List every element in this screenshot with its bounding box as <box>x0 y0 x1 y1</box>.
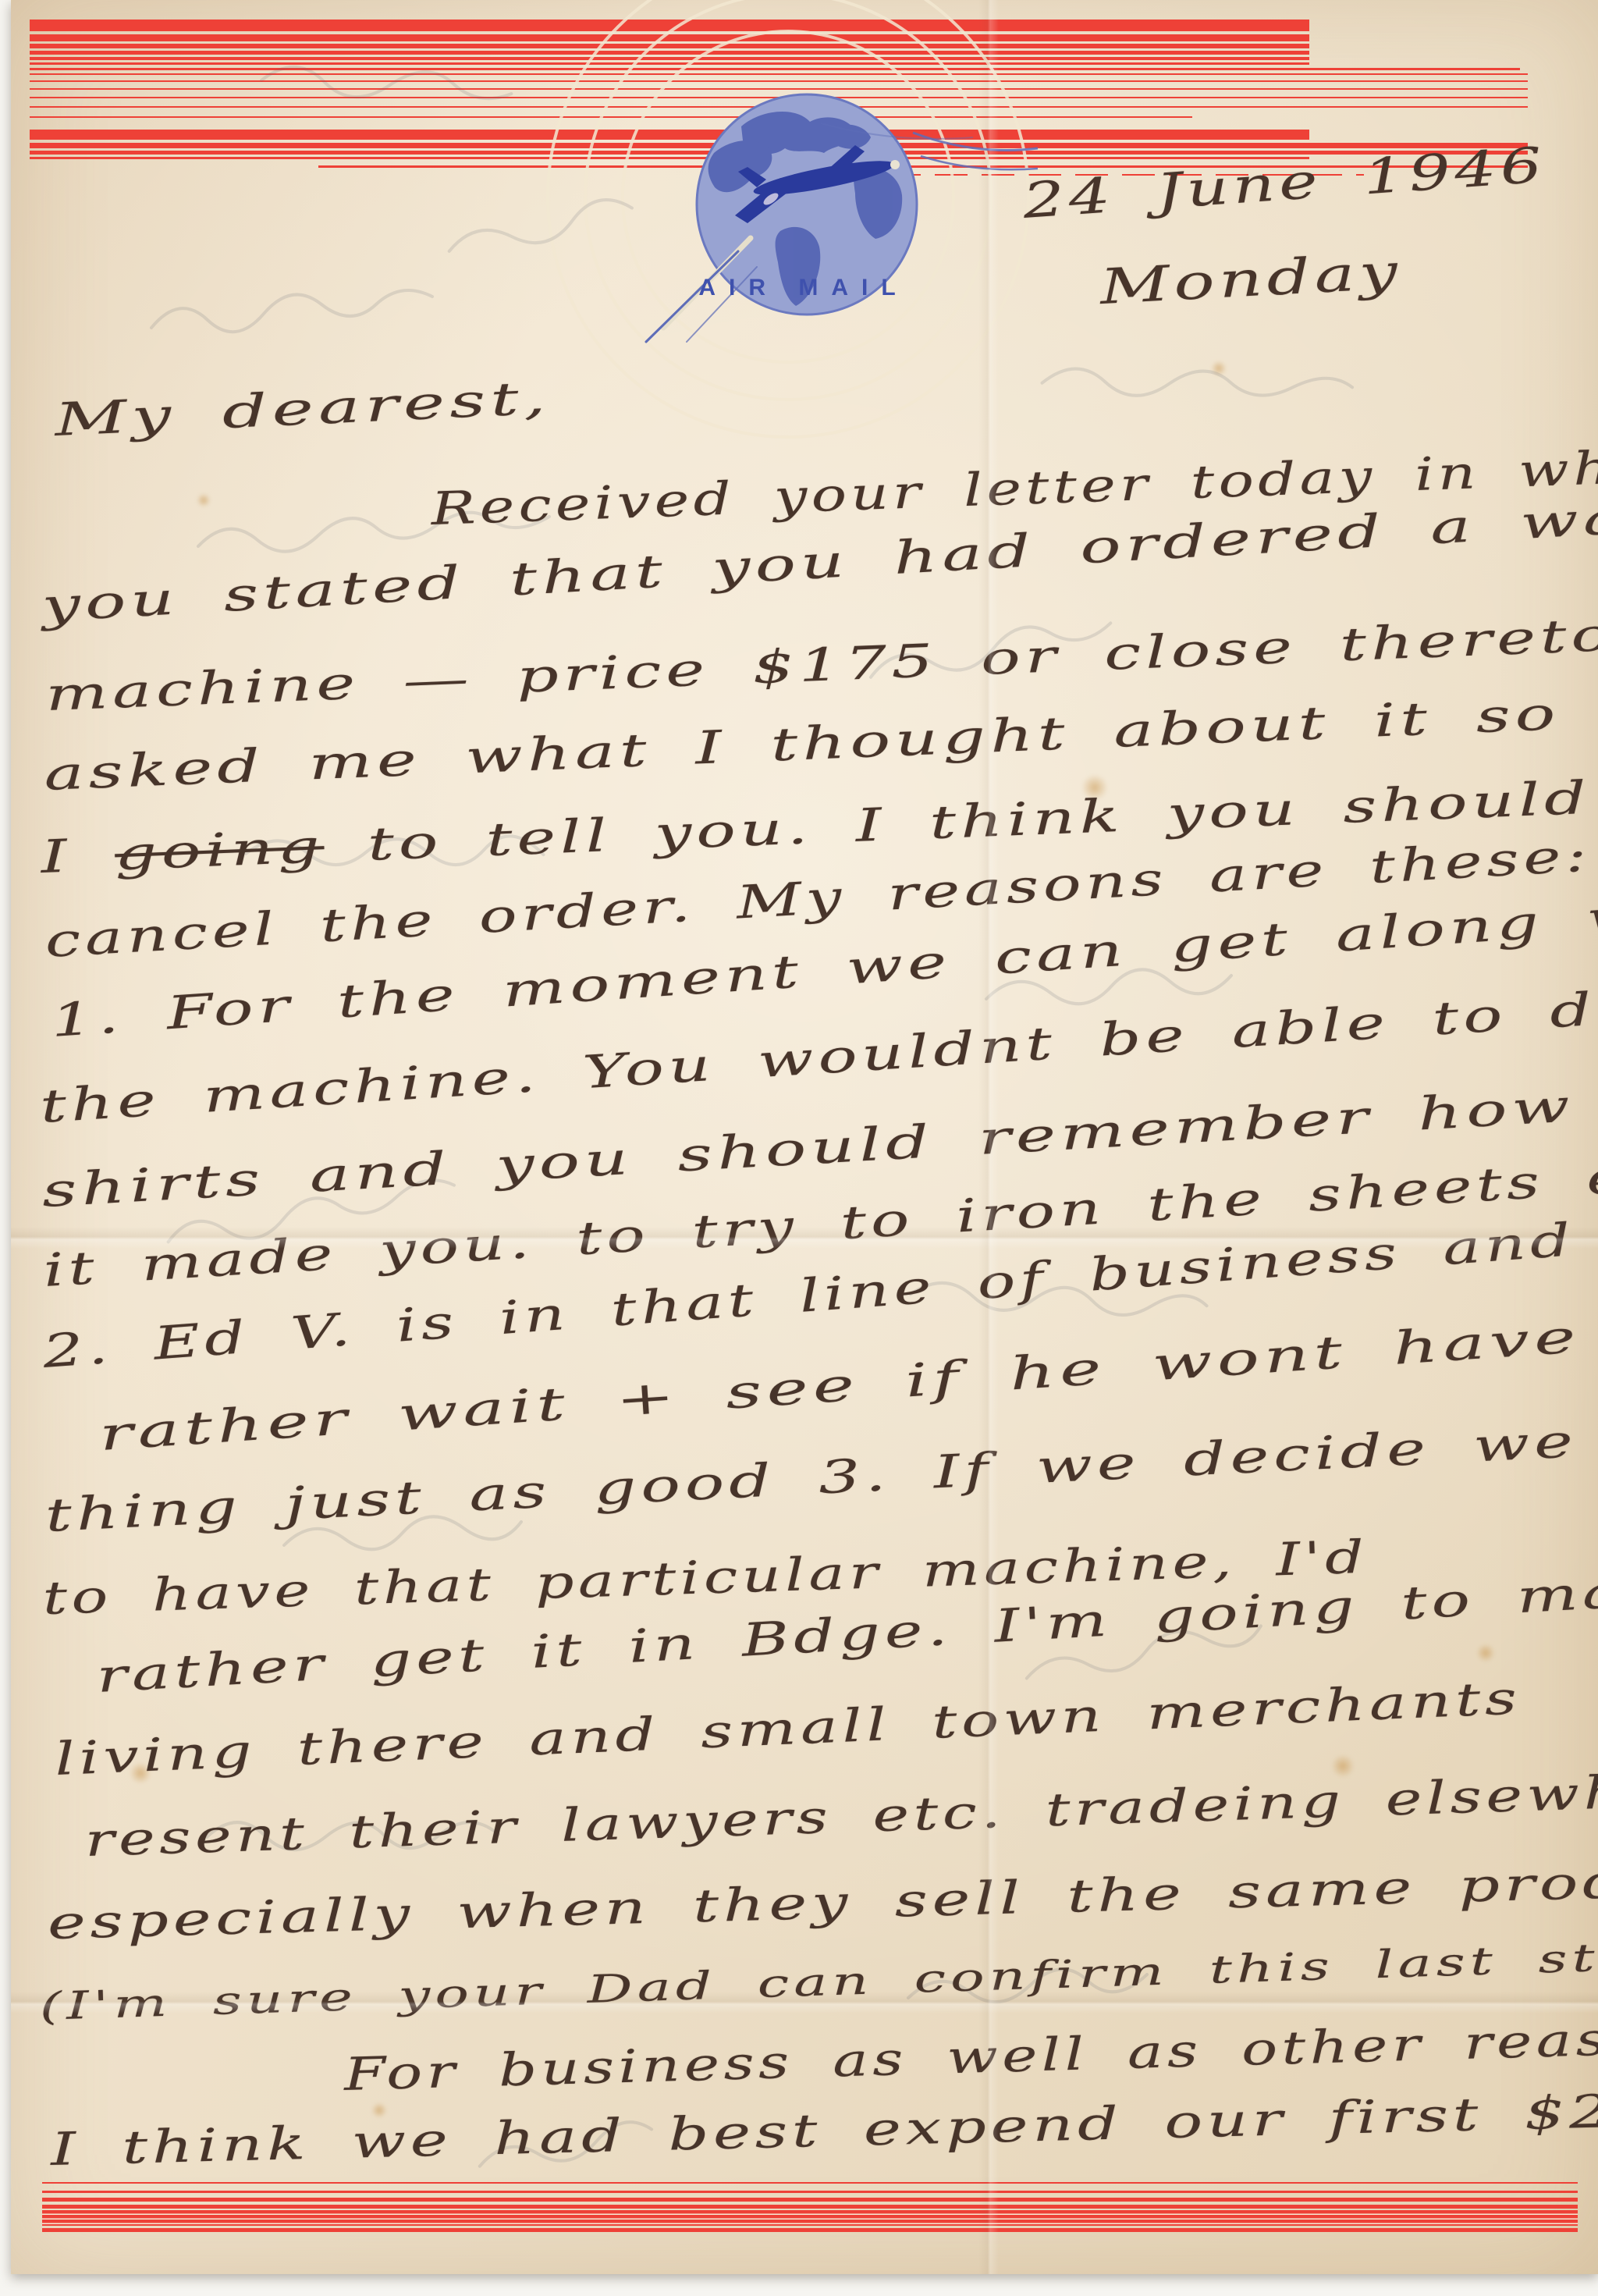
salutation-line: My dearest, <box>53 366 552 451</box>
strikethrough-word: going <box>114 819 325 880</box>
scan-background: AIR MAIL 24 June 1946 Monday My dearest,… <box>0 0 1598 2296</box>
letter-paper: AIR MAIL 24 June 1946 Monday My dearest,… <box>11 0 1598 2274</box>
airmail-globe-logo <box>546 78 1061 414</box>
airmail-label: AIR MAIL <box>655 275 952 301</box>
handwriting-segment: I <box>40 827 115 883</box>
foxing-spot <box>197 493 211 507</box>
foxing-spot <box>1211 361 1227 376</box>
foxing-spot <box>1476 1644 1495 1662</box>
letterhead-stripes-bottom <box>42 2182 1578 2234</box>
day-line: Monday <box>1099 240 1404 318</box>
